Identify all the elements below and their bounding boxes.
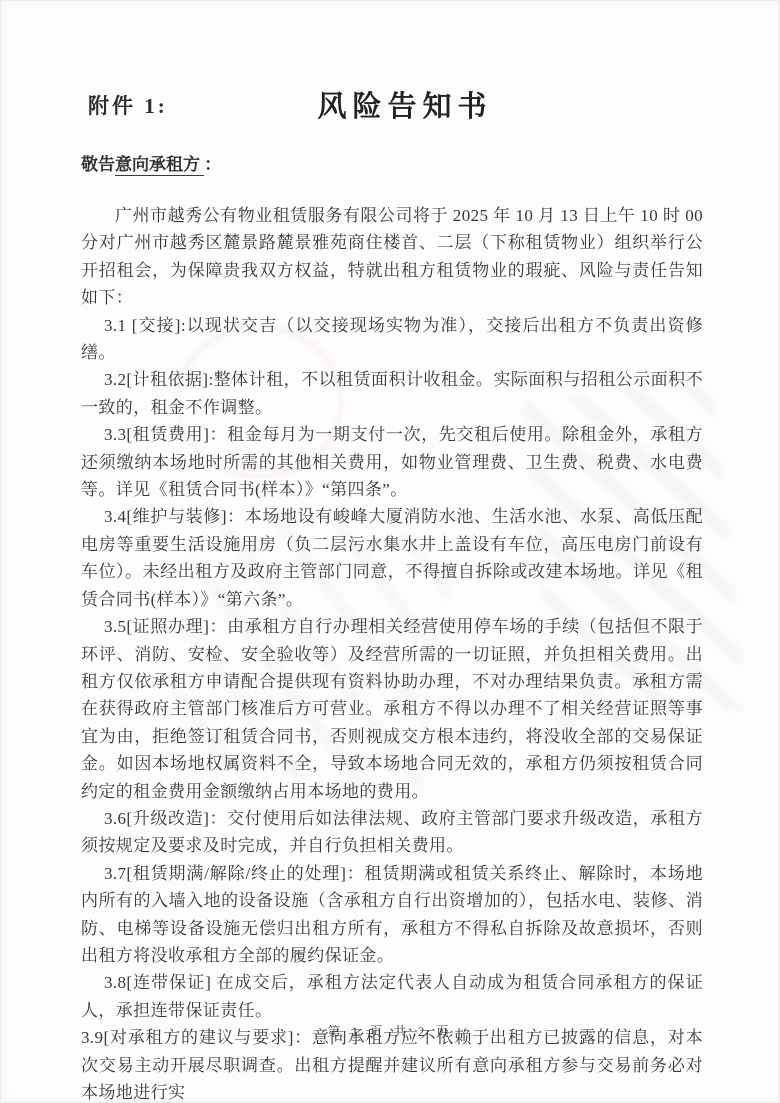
salutation-line: 敬告意向承租方 ： <box>81 150 221 175</box>
clause-paragraph: 3.2[计租依据]:整体计租，不以租赁面积计收租金。实际面积与招租公示面积不一致… <box>81 366 703 421</box>
clause-paragraph: 3.6[升级改造]：交付使用后如法律法规、政府主管部门要求升级改造，承租方须按规… <box>81 805 703 860</box>
document-header: 附件 1: 风险告知书 <box>0 84 780 128</box>
salutation-addressee: 意向承租方 <box>115 155 204 176</box>
attachment-label: 附件 1: <box>88 90 168 120</box>
clause-paragraph: 3.3[租赁费用]：租金每月为一期支付一次，先交租后使用。除租金外，承租方还须缴… <box>81 421 703 503</box>
salutation-prefix: 敬告 <box>81 155 115 174</box>
clause-paragraph: 3.4[维护与装修]：本场地设有峻峰大厦消防水池、生活水池、水泵、高低压配电房等… <box>81 503 703 613</box>
intro-paragraph: 广州市越秀公有物业租赁服务有限公司将于 2025 年 10 月 13 日上午 1… <box>81 202 703 312</box>
clause-paragraph: 3.5[证照办理]：由承租方自行办理相关经营使用停车场的手续（包括但不限于环评、… <box>81 613 703 805</box>
clause-paragraph: 3.1 [交接]:以现状交吉（以交接现场实物为准），交接后出租方不负责出资修缮。 <box>81 312 703 367</box>
clause-paragraph: 3.7[租赁期满/解除/终止的处理]：租赁期满或租赁关系终止、解除时，本场地内所… <box>81 860 703 970</box>
document-page: 附件 1: 风险告知书 敬告意向承租方 ： 广州市越秀公有物业租赁服务有限公司将… <box>0 0 780 1103</box>
page-number: 第 1 页 共 2 页 <box>0 1021 780 1040</box>
clause-paragraph: 3.8[连带保证] 在成交后，承租方法定代表人自动成为租赁合同承租方的保证人，承… <box>81 969 703 1024</box>
clause-list: 3.1 [交接]:以现状交吉（以交接现场实物为准），交接后出租方不负责出资修缮。… <box>81 312 703 1103</box>
salutation-colon: ： <box>204 155 221 174</box>
document-body: 广州市越秀公有物业租赁服务有限公司将于 2025 年 10 月 13 日上午 1… <box>81 202 703 1103</box>
